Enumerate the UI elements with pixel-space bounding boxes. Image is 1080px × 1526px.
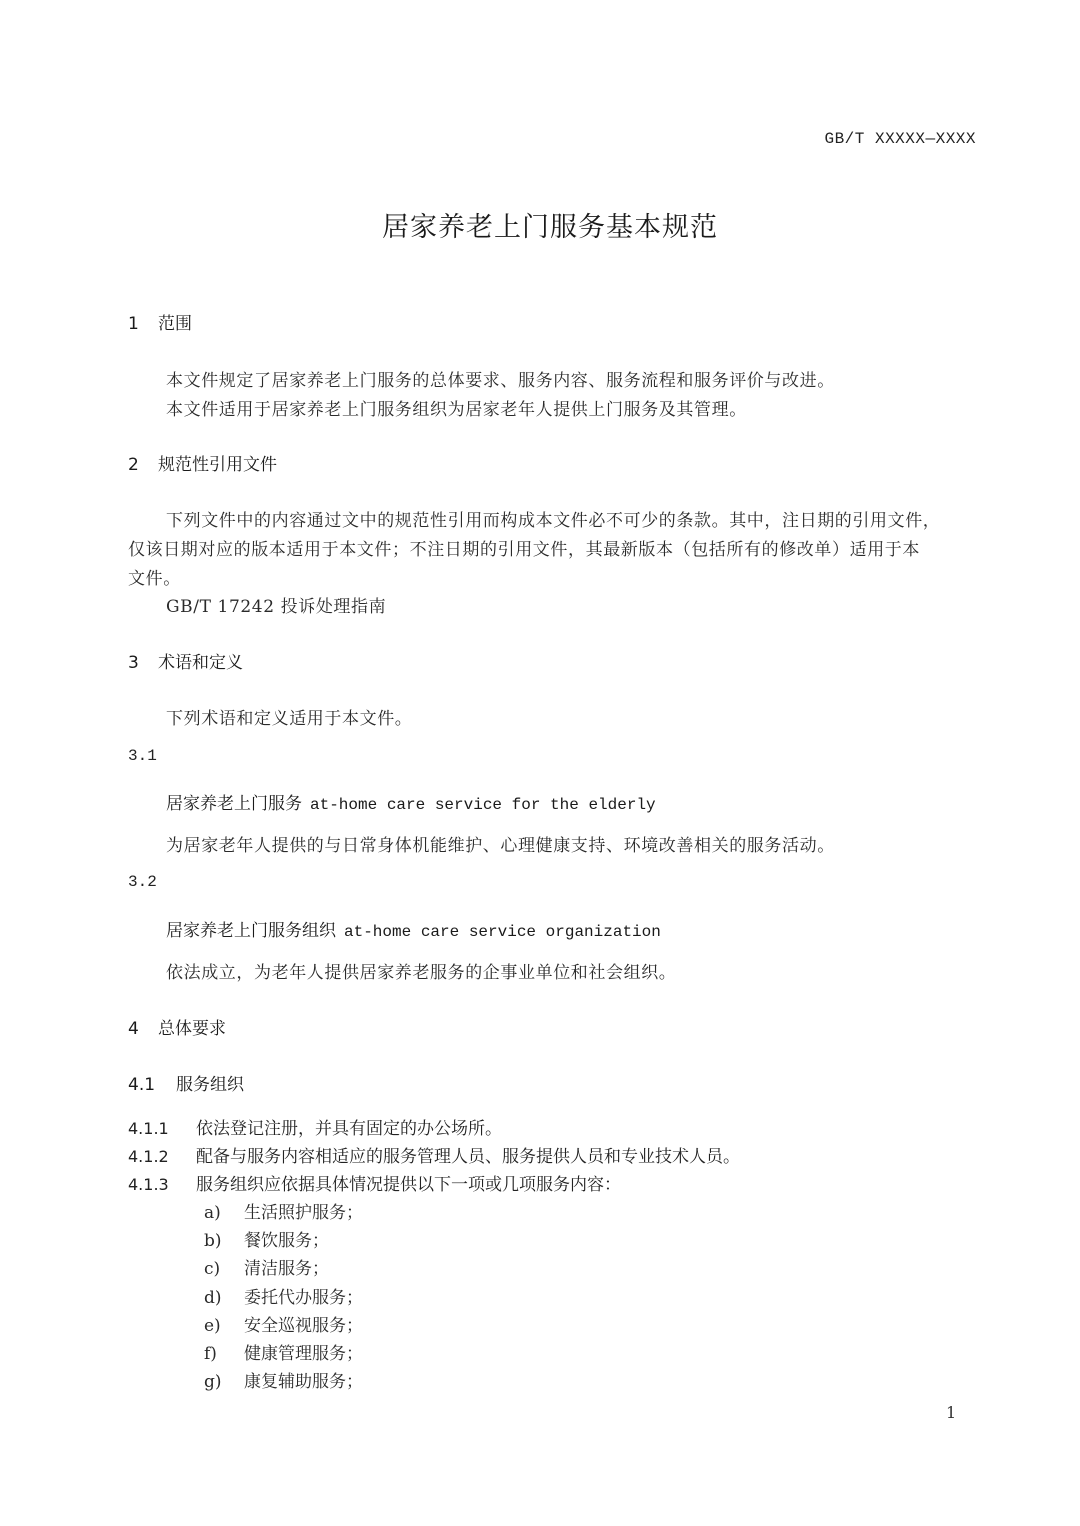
list-item: g)康复辅助服务； — [204, 1367, 363, 1392]
section-title: 术语和定义 — [158, 653, 243, 673]
list-item: d)委托代办服务； — [204, 1283, 363, 1308]
clause-text: 配备与服务内容相适应的服务管理人员、服务提供人员和专业技术人员。 — [196, 1147, 740, 1167]
subsection-title: 服务组织 — [176, 1075, 244, 1095]
list-marker: d) — [204, 1288, 244, 1308]
clause-number: 4.1.3 — [128, 1175, 196, 1194]
list-item: b)餐饮服务； — [204, 1226, 329, 1251]
section-heading-4: 4总体要求 — [128, 1014, 226, 1039]
list-item: e)安全巡视服务； — [204, 1311, 363, 1336]
normative-paragraph-line-2: 仅该日期对应的版本适用于本文件；不注日期的引用文件，其最新版本（包括所有的修改单… — [128, 535, 920, 560]
section-heading-1: 1范围 — [128, 309, 192, 334]
clause-4-1-1: 4.1.1依法登记注册，并具有固定的办公场所。 — [128, 1114, 502, 1139]
section-heading-2: 2规范性引用文件 — [128, 450, 277, 475]
document-page: GB/T XXXXX—XXXX 居家养老上门服务基本规范 1范围 本文件规定了居… — [0, 0, 1080, 1526]
term-entry: 居家养老上门服务at-home care service for the eld… — [166, 789, 656, 814]
clause-4-1-2: 4.1.2配备与服务内容相适应的服务管理人员、服务提供人员和专业技术人员。 — [128, 1142, 740, 1167]
clause-text: 依法登记注册，并具有固定的办公场所。 — [196, 1119, 502, 1139]
section-title: 范围 — [158, 314, 192, 334]
scope-paragraph-2: 本文件适用于居家养老上门服务组织为居家老年人提供上门服务及其管理。 — [166, 395, 747, 420]
list-marker: c) — [204, 1259, 244, 1279]
page-number: 1 — [946, 1403, 956, 1422]
normative-paragraph-line-3: 文件。 — [128, 564, 181, 589]
terms-intro: 下列术语和定义适用于本文件。 — [166, 704, 412, 729]
list-text: 委托代办服务； — [244, 1288, 363, 1308]
scope-paragraph-1: 本文件规定了居家养老上门服务的总体要求、服务内容、服务流程和服务评价与改进。 — [166, 366, 835, 391]
clause-number: 4.1.2 — [128, 1147, 196, 1166]
section-heading-3: 3术语和定义 — [128, 648, 243, 673]
list-marker: b) — [204, 1231, 244, 1251]
term-zh: 居家养老上门服务组织 — [166, 921, 336, 941]
term-en: at-home care service organization — [344, 923, 661, 941]
term-entry: 居家养老上门服务组织at-home care service organizat… — [166, 916, 661, 941]
section-title: 总体要求 — [158, 1019, 226, 1039]
list-marker: f) — [204, 1344, 244, 1364]
document-title: 居家养老上门服务基本规范 — [0, 205, 1080, 244]
normative-paragraph-line-1: 下列文件中的内容通过文中的规范性引用而构成本文件必不可少的条款。其中，注日期的引… — [166, 506, 940, 531]
section-title: 规范性引用文件 — [158, 455, 277, 475]
section-number: 1 — [128, 314, 158, 334]
section-number: 4 — [128, 1019, 158, 1039]
term-zh: 居家养老上门服务 — [166, 794, 302, 814]
term-definition: 为居家老年人提供的与日常身体机能维护、心理健康支持、环境改善相关的服务活动。 — [166, 831, 835, 856]
term-en: at-home care service for the elderly — [310, 796, 656, 814]
section-number: 3 — [128, 653, 158, 673]
term-definition: 依法成立，为老年人提供居家养老服务的企事业单位和社会组织。 — [166, 958, 676, 983]
list-item: f)健康管理服务； — [204, 1339, 363, 1364]
standard-number: GB/T XXXXX—XXXX — [824, 130, 976, 148]
list-marker: g) — [204, 1372, 244, 1392]
list-item: c)清洁服务； — [204, 1254, 329, 1279]
term-number: 3.1 — [128, 747, 157, 765]
list-text: 生活照护服务； — [244, 1203, 363, 1223]
clause-text: 服务组织应依据具体情况提供以下一项或几项服务内容： — [196, 1175, 621, 1195]
subsection-heading-4-1: 4.1服务组织 — [128, 1070, 244, 1095]
list-text: 健康管理服务； — [244, 1344, 363, 1364]
list-marker: a) — [204, 1203, 244, 1223]
normative-reference: GB/T 17242 投诉处理指南 — [166, 592, 386, 617]
list-item: a)生活照护服务； — [204, 1198, 363, 1223]
list-text: 餐饮服务； — [244, 1231, 329, 1251]
clause-number: 4.1.1 — [128, 1119, 196, 1138]
clause-4-1-3: 4.1.3服务组织应依据具体情况提供以下一项或几项服务内容： — [128, 1170, 621, 1195]
subsection-number: 4.1 — [128, 1075, 176, 1095]
term-number: 3.2 — [128, 873, 157, 891]
list-text: 康复辅助服务； — [244, 1372, 363, 1392]
section-number: 2 — [128, 455, 158, 475]
list-text: 清洁服务； — [244, 1259, 329, 1279]
list-text: 安全巡视服务； — [244, 1316, 363, 1336]
list-marker: e) — [204, 1316, 244, 1336]
